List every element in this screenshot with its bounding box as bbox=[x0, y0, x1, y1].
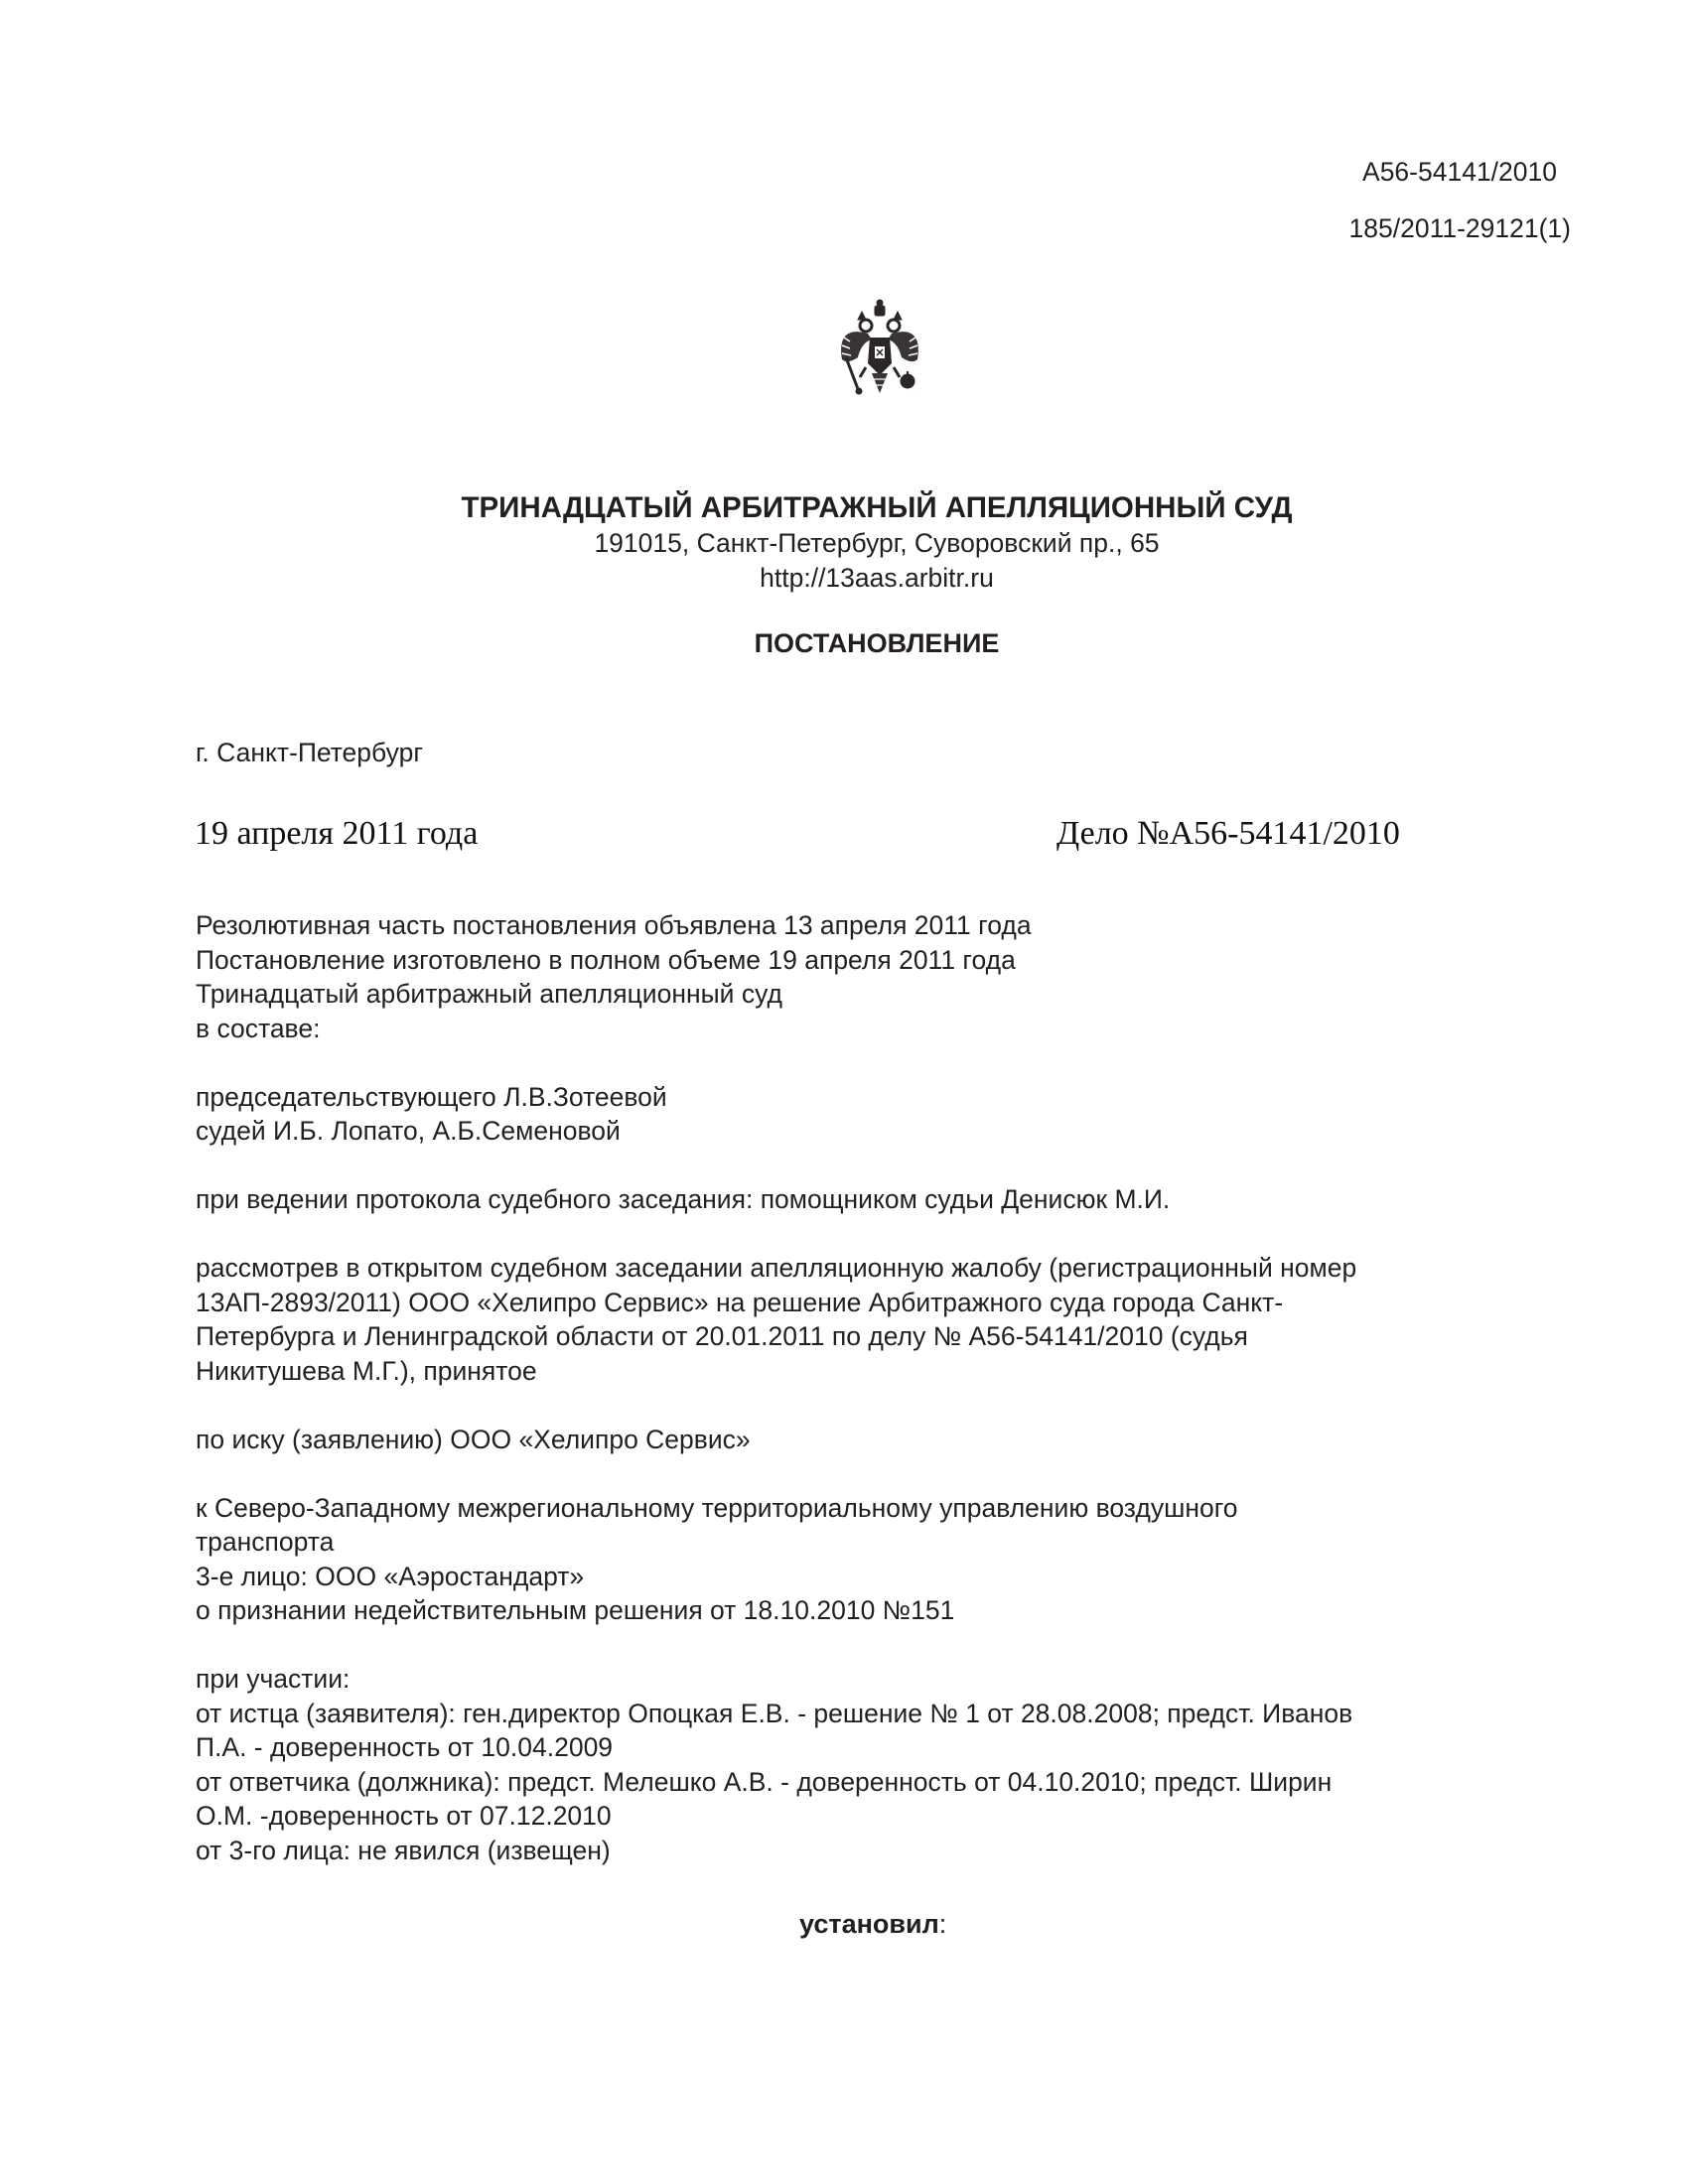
document-type-title: ПОСТАНОВЛЕНИЕ bbox=[0, 626, 1688, 660]
text-line: от ответчика (должника): предст. Мелешко… bbox=[196, 1765, 1356, 1800]
court-address: 191015, Санкт-Петербург, Суворовский пр.… bbox=[0, 526, 1688, 560]
paragraph-spacer bbox=[196, 1045, 1356, 1080]
text-line: рассмотрев в открытом судебном заседании… bbox=[196, 1251, 1356, 1286]
place-of-issue: г. Санкт-Петербург bbox=[196, 736, 423, 769]
case-number-primary: А56-54141/2010 bbox=[1362, 157, 1557, 187]
text-line: судей И.Б. Лопато, А.Б.Семеновой bbox=[196, 1114, 1356, 1149]
court-website-link[interactable]: http://13aas.arbitr.ru bbox=[0, 561, 1688, 595]
text-line: от истца (заявителя): ген.директор Опоцк… bbox=[196, 1697, 1356, 1731]
text-line: при ведении протокола судебного заседани… bbox=[196, 1182, 1356, 1217]
court-composition-paragraph: председательствующего Л.В.Зотеевой судей… bbox=[196, 1080, 1356, 1149]
paragraph-spacer bbox=[196, 1628, 1356, 1663]
decision-date: 19 апреля 2011 года bbox=[195, 814, 478, 854]
participants-paragraph: при участии: от истца (заявителя): ген.д… bbox=[196, 1662, 1356, 1867]
court-name: ТРИНАДЦАТЫЙ АРБИТРАЖНЫЙ АПЕЛЛЯЦИОННЫЙ СУ… bbox=[0, 490, 1688, 526]
text-line: транспорта bbox=[196, 1525, 1356, 1560]
document-body: Резолютивная часть постановления объявле… bbox=[196, 908, 1356, 1867]
text-line: Резолютивная часть постановления объявле… bbox=[196, 908, 1356, 943]
case-number-secondary: 185/2011-29121(1) bbox=[1349, 213, 1571, 243]
paragraph-spacer bbox=[196, 1149, 1356, 1183]
text-line: Постановление изготовлено в полном объем… bbox=[196, 943, 1356, 978]
paragraph-spacer bbox=[196, 1388, 1356, 1423]
text-line: председательствующего Л.В.Зотеевой bbox=[196, 1080, 1356, 1115]
respondent-paragraph: к Северо-Западному межрегиональному терр… bbox=[196, 1491, 1356, 1628]
text-line: о признании недействительным решения от … bbox=[196, 1593, 1356, 1628]
text-line: П.А. - доверенность от 10.04.2009 bbox=[196, 1730, 1356, 1765]
text-line: Никитушева М.Г.), принятое bbox=[196, 1354, 1356, 1389]
ruling-heading-word: установил bbox=[799, 1909, 939, 1939]
russian-coat-of-arms-icon bbox=[828, 298, 931, 405]
text-line: 3-е лицо: ООО «Аэростандарт» bbox=[196, 1560, 1356, 1594]
paragraph-spacer bbox=[196, 1456, 1356, 1491]
text-line: при участии: bbox=[196, 1662, 1356, 1697]
text-line: 13АП-2893/2011) ООО «Хелипро Сервис» на … bbox=[196, 1286, 1356, 1320]
text-line: от 3-го лица: не явился (извещен) bbox=[196, 1834, 1356, 1868]
text-line: О.М. -доверенность от 07.12.2010 bbox=[196, 1799, 1356, 1834]
text-line: в составе: bbox=[196, 1012, 1356, 1046]
paragraph-spacer bbox=[196, 1217, 1356, 1252]
text-line: Тринадцатый арбитражный апелляционный су… bbox=[196, 977, 1356, 1012]
text-line: по иску (заявлению) ООО «Хелипро Сервис» bbox=[196, 1423, 1356, 1457]
text-line: Петербурга и Ленинградской области от 20… bbox=[196, 1319, 1356, 1354]
resolution-paragraph: Резолютивная часть постановления объявле… bbox=[196, 908, 1356, 1045]
case-reference: Дело №А56-54141/2010 bbox=[1056, 814, 1400, 854]
claim-paragraph: по иску (заявлению) ООО «Хелипро Сервис» bbox=[196, 1423, 1356, 1457]
protocol-paragraph: при ведении протокола судебного заседани… bbox=[196, 1182, 1356, 1217]
considered-paragraph: рассмотрев в открытом судебном заседании… bbox=[196, 1251, 1356, 1388]
ruling-heading-colon: : bbox=[939, 1909, 947, 1939]
text-line: к Северо-Западному межрегиональному терр… bbox=[196, 1491, 1356, 1526]
ruling-heading: установил: bbox=[799, 1907, 946, 1941]
